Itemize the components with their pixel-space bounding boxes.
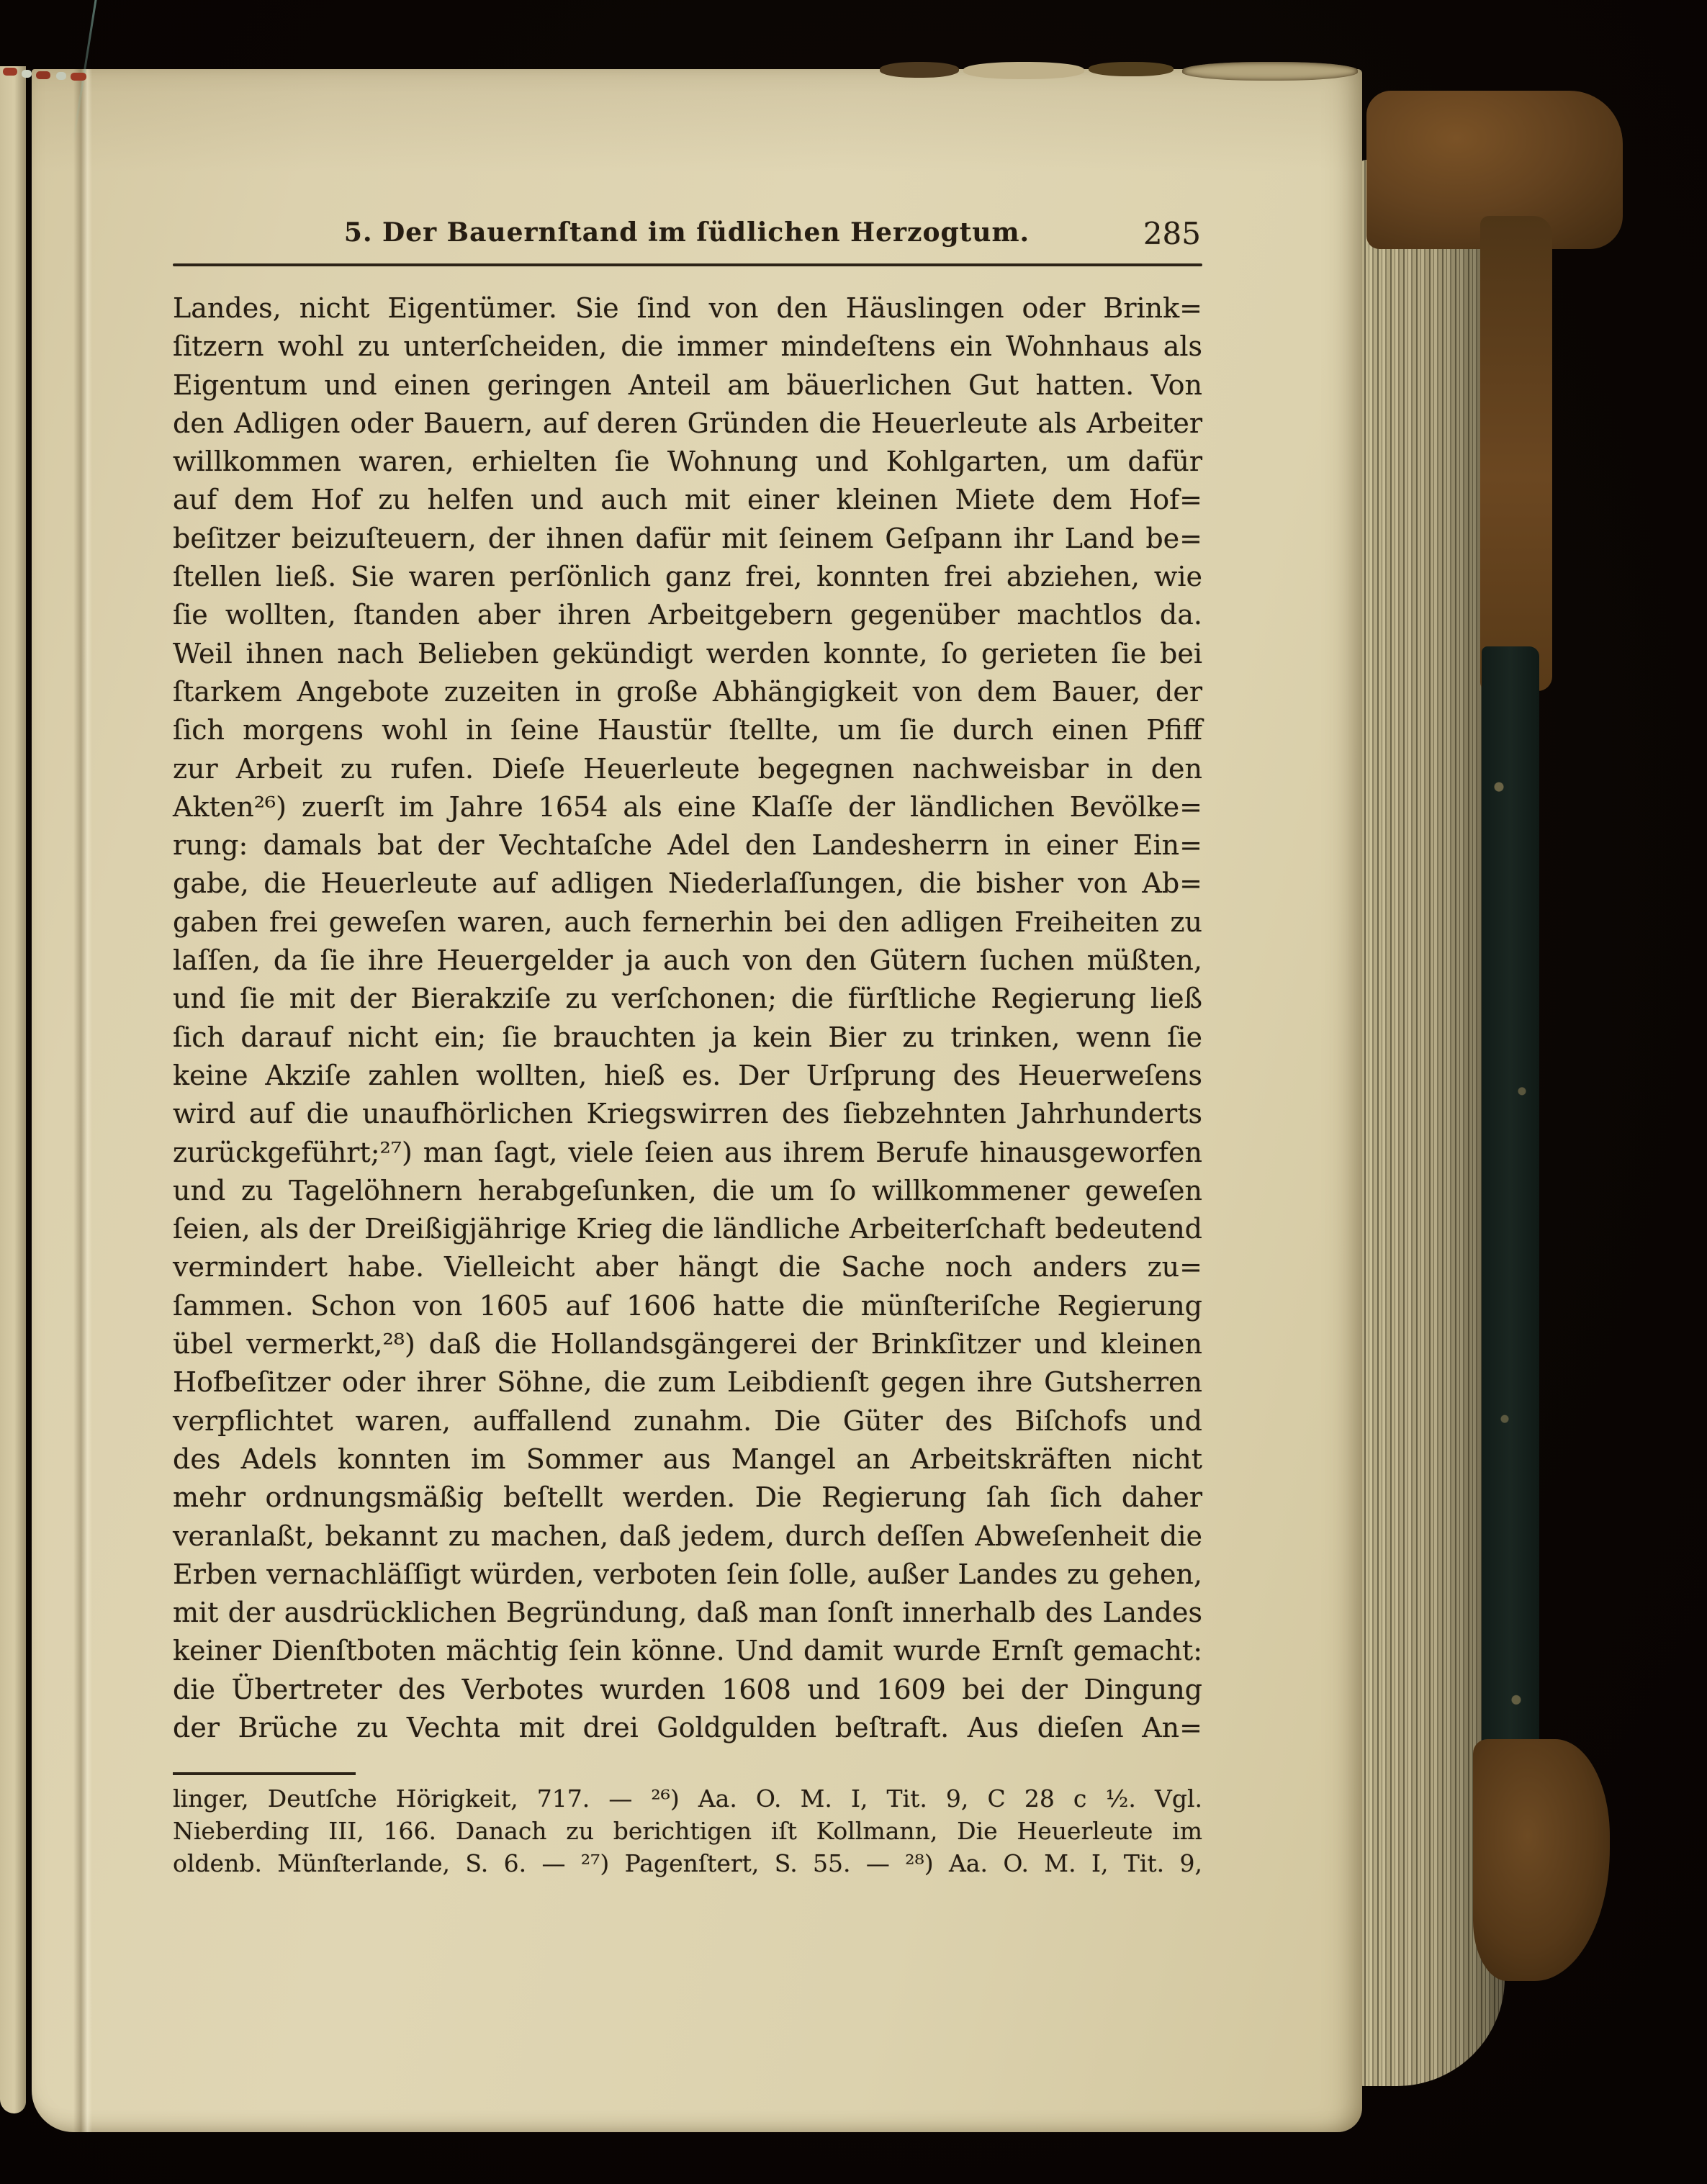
body-text-line: keiner Dienſtboten mächtig ſein könne. U… xyxy=(173,1632,1202,1670)
binding-stitch xyxy=(3,68,17,76)
body-text-line: mehr ordnungsmäßig beſtellt werden. Die … xyxy=(173,1479,1202,1517)
body-text-line: zur Arbeit zu rufen. Dieſe Heuerleute be… xyxy=(173,750,1202,788)
body-text-line: gaben frei geweſen waren, auch fernerhin… xyxy=(173,903,1202,942)
body-text-line: laſſen, da ſie ihre Heuergelder ja auch … xyxy=(173,942,1202,980)
leather-binding-side xyxy=(1480,216,1552,691)
body-text-line: ſich morgens wohl in ſeine Haustür ſtell… xyxy=(173,711,1202,749)
body-text-line: ſie wollten, ſtanden aber ihren Arbeitge… xyxy=(173,596,1202,634)
body-text-line: und ſie mit der Bierakziſe zu verſchonen… xyxy=(173,980,1202,1018)
torn-paper-fragment xyxy=(880,62,959,78)
body-text-line: beſitzer beizuſteuern, der ihnen dafür m… xyxy=(173,520,1202,558)
torn-paper-fragment xyxy=(1089,62,1174,76)
body-text-line: verpflichtet waren, auffallend zunahm. D… xyxy=(173,1402,1202,1440)
footnote-line: oldenb. Münſterlande, S. 6. — ²⁷) Pagenſ… xyxy=(173,1847,1202,1880)
body-text-line: ſeien, als der Dreißigjährige Krieg die … xyxy=(173,1210,1202,1248)
body-text-line: Eigentum und einen geringen Anteil am bä… xyxy=(173,366,1202,405)
body-text-line: mit der ausdrücklichen Begründung, daß m… xyxy=(173,1594,1202,1632)
body-text-line: ſich darauf nicht ein; ſie brauchten ja … xyxy=(173,1019,1202,1057)
body-text-line: den Adligen oder Bauern, auf deren Gründ… xyxy=(173,405,1202,443)
footnote-rule xyxy=(173,1772,356,1775)
binding-stitch xyxy=(22,70,32,78)
body-text-line: auf dem Hof zu helfen und auch mit einer… xyxy=(173,481,1202,519)
body-text: Landes, nicht Eigentümer. Sie ſind von d… xyxy=(173,289,1202,1747)
torn-paper-fragment xyxy=(1182,62,1358,81)
body-text-line: zurückgeführt;²⁷) man ſagt, viele ſeien … xyxy=(173,1134,1202,1172)
binding-stitch xyxy=(36,71,50,79)
body-text-line: Erben vernachläſſigt würden, verboten ſe… xyxy=(173,1556,1202,1594)
body-text-line: rung: damals bat der Vechtaſche Adel den… xyxy=(173,826,1202,865)
body-text-line: vermindert habe. Vielleicht aber hängt d… xyxy=(173,1248,1202,1286)
gutter-crease xyxy=(73,69,92,2132)
footnote-line: linger, Deutſche Hörigkeit, 717. — ²⁶) A… xyxy=(173,1782,1202,1815)
body-text-line: und zu Tagelöhnern herabgeſunken, die um… xyxy=(173,1172,1202,1210)
photo-background: 5. Der Bauernſtand im ſüdlichen Herzogtu… xyxy=(0,0,1707,2184)
running-header-title: 5. Der Bauernſtand im ſüdlichen Herzogtu… xyxy=(173,217,1201,248)
body-text-line: keine Akziſe zahlen wollten, hieß es. De… xyxy=(173,1057,1202,1095)
body-text-line: Akten²⁶) zuerſt im Jahre 1654 als eine K… xyxy=(173,788,1202,826)
body-text-line: gabe, die Heuerleute auf adligen Niederl… xyxy=(173,865,1202,903)
body-text-line: Hofbeſitzer oder ihrer Söhne, die zum Le… xyxy=(173,1363,1202,1402)
body-text-line: übel vermerkt,²⁸) daß die Hollandsgänger… xyxy=(173,1325,1202,1363)
body-text-line: wird auf die unaufhörlichen Kriegswirren… xyxy=(173,1095,1202,1133)
footnote-line: Nieberding III, 166. Danach zu berichtig… xyxy=(173,1815,1202,1847)
underlying-page-edge xyxy=(0,66,26,2113)
book-page: 5. Der Bauernſtand im ſüdlichen Herzogtu… xyxy=(32,69,1362,2132)
body-text-line: des Adels konnten im Sommer aus Mangel a… xyxy=(173,1440,1202,1479)
body-text-line: willkommen waren, erhielten ſie Wohnung … xyxy=(173,443,1202,481)
body-text-line: ſitzern wohl zu unterſcheiden, die immer… xyxy=(173,328,1202,366)
footnotes: linger, Deutſche Hörigkeit, 717. — ²⁶) A… xyxy=(173,1782,1202,1880)
torn-paper-fragment xyxy=(963,62,1084,79)
body-text-line: veranlaßt, bekannt zu machen, daß jedem,… xyxy=(173,1517,1202,1556)
book-cover-cloth-edge xyxy=(1482,646,1539,1817)
header-rule xyxy=(173,263,1202,266)
leather-binding-bottom-corner xyxy=(1473,1739,1610,1981)
body-text-line: ſtarkem Angebote zuzeiten in große Abhän… xyxy=(173,673,1202,711)
binding-stitch xyxy=(56,72,66,80)
body-text-line: die Übertreter des Verbotes wurden 1608 … xyxy=(173,1671,1202,1709)
body-text-line: Landes, nicht Eigentümer. Sie ſind von d… xyxy=(173,289,1202,328)
page-number: 285 xyxy=(1143,216,1201,251)
binding-stitch xyxy=(71,73,86,81)
running-head: 5. Der Bauernſtand im ſüdlichen Herzogtu… xyxy=(173,217,1201,255)
body-text-line: Weil ihnen nach Belieben gekündigt werde… xyxy=(173,635,1202,673)
body-text-line: der Brüche zu Vechta mit drei Goldgulden… xyxy=(173,1709,1202,1747)
body-text-line: ſtellen ließ. Sie waren perſönlich ganz … xyxy=(173,558,1202,596)
body-text-line: ſammen. Schon von 1605 auf 1606 hatte di… xyxy=(173,1287,1202,1325)
